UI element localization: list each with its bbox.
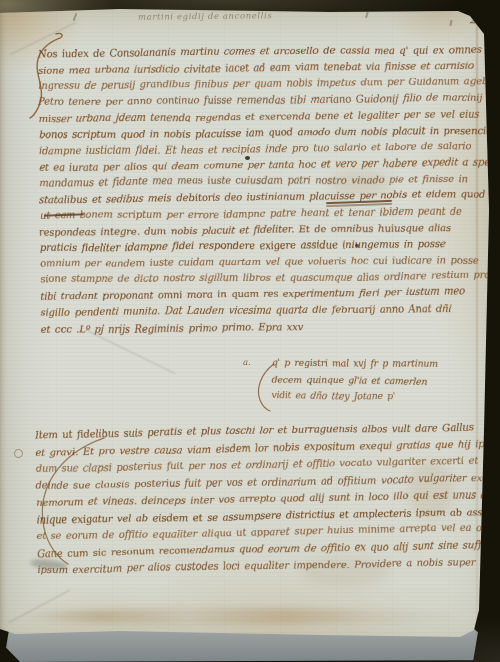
note-marker: a.	[243, 358, 251, 368]
pen-trial-mark	[449, 20, 452, 26]
pen-trial-mark	[365, 11, 368, 18]
folio-number: 29.	[470, 13, 488, 27]
registration-note-block: q' p registri mal xvj fr p martinumdecem…	[271, 355, 438, 407]
pen-trial-mark	[73, 13, 77, 21]
manuscript-line: vidit ea dño ttey Jotane p'	[271, 388, 437, 407]
header-inscription: martini egidij de anconellis	[138, 11, 272, 22]
main-text-block: Nos iudex de Consolananis martinu comes …	[38, 42, 500, 337]
ink-blot	[245, 156, 250, 160]
manuscript-page: martini egidij de anconellis 29. Nos iud…	[0, 0, 500, 662]
bottom-stain-band	[18, 608, 464, 624]
manuscript-line: q' p registri mal xvj fr p martinum	[272, 355, 438, 374]
second-entry-block: Item ut fidelibus suis peratis et plus t…	[35, 419, 500, 580]
ink-blot	[355, 244, 359, 247]
margin-circle-mark	[14, 449, 23, 458]
